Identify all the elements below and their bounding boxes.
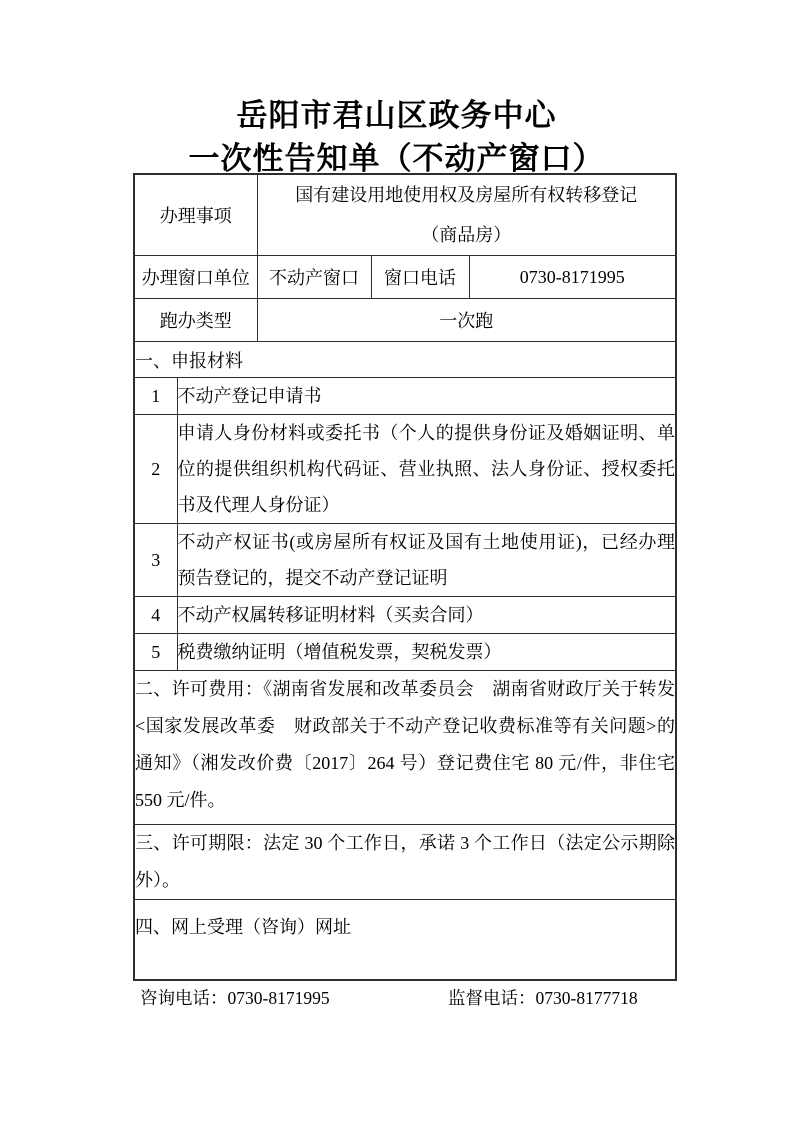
material-row: 5 税费缴纳证明（增值税发票，契税发票） bbox=[134, 634, 676, 671]
handling-item-label: 办理事项 bbox=[134, 174, 257, 256]
material-row: 3 不动产权证书(或房屋所有权证及国有土地使用证)，已经办理预告登记的，提交不动… bbox=[134, 524, 676, 597]
window-phone-label: 窗口电话 bbox=[371, 256, 469, 299]
handling-item-value-line-2: （商品房） bbox=[258, 215, 676, 255]
material-text: 不动产登记申请书 bbox=[177, 378, 676, 415]
material-text: 不动产权属转移证明材料（买卖合同） bbox=[177, 597, 676, 634]
material-row: 4 不动产权属转移证明材料（买卖合同） bbox=[134, 597, 676, 634]
materials-section-header-row: 一、申报材料 bbox=[134, 342, 676, 378]
material-row: 2 申请人身份材料或委托书（个人的提供身份证及婚姻证明、单位的提供组织机构代码证… bbox=[134, 415, 676, 524]
fee-section-row: 二、许可费用：《湖南省发展和改革委员会 湖南省财政厅关于转发<国家发展改革委 财… bbox=[134, 671, 676, 825]
deadline-section-text: 三、许可期限：法定 30 个工作日，承诺 3 个工作日（法定公示期除外）。 bbox=[134, 825, 676, 900]
material-text: 税费缴纳证明（增值税发票，契税发票） bbox=[177, 634, 676, 671]
fee-section-text: 二、许可费用：《湖南省发展和改革委员会 湖南省财政厅关于转发<国家发展改革委 财… bbox=[134, 671, 676, 825]
material-text: 申请人身份材料或委托书（个人的提供身份证及婚姻证明、单位的提供组织机构代码证、营… bbox=[177, 415, 676, 524]
run-type-label: 跑办类型 bbox=[134, 299, 257, 342]
page-title-line-1: 岳阳市君山区政务中心 bbox=[0, 94, 793, 137]
window-unit-label: 办理窗口单位 bbox=[134, 256, 257, 299]
footer-consult-phone: 咨询电话：0730-8171995 bbox=[140, 985, 330, 1010]
handling-item-value: 国有建设用地使用权及房屋所有权转移登记 （商品房） bbox=[257, 174, 676, 256]
run-type-value: 一次跑 bbox=[257, 299, 676, 342]
material-row: 1 不动产登记申请书 bbox=[134, 378, 676, 415]
window-unit-row: 办理窗口单位 不动产窗口 窗口电话 0730-8171995 bbox=[134, 256, 676, 299]
handling-item-row: 办理事项 国有建设用地使用权及房屋所有权转移登记 （商品房） bbox=[134, 174, 676, 256]
material-no: 1 bbox=[134, 378, 177, 415]
online-section-text: 四、网上受理（咨询）网址 bbox=[134, 900, 676, 980]
consult-phone-value: 0730-8171995 bbox=[228, 988, 330, 1008]
footer-supervise-phone: 监督电话：0730-8177718 bbox=[448, 985, 638, 1010]
material-no: 5 bbox=[134, 634, 177, 671]
material-no: 2 bbox=[134, 415, 177, 524]
page-title: 岳阳市君山区政务中心 一次性告知单（不动产窗口） bbox=[0, 94, 793, 180]
document-page: 岳阳市君山区政务中心 一次性告知单（不动产窗口） 办理事项 国有建设用地使用权及… bbox=[0, 0, 793, 1122]
supervise-phone-label: 监督电话： bbox=[448, 988, 536, 1008]
material-no: 4 bbox=[134, 597, 177, 634]
deadline-section-row: 三、许可期限：法定 30 个工作日，承诺 3 个工作日（法定公示期除外）。 bbox=[134, 825, 676, 900]
window-unit-value: 不动产窗口 bbox=[257, 256, 371, 299]
materials-section-title: 一、申报材料 bbox=[134, 342, 676, 378]
consult-phone-label: 咨询电话： bbox=[140, 988, 228, 1008]
run-type-row: 跑办类型 一次跑 bbox=[134, 299, 676, 342]
handling-item-value-line-1: 国有建设用地使用权及房屋所有权转移登记 bbox=[258, 175, 676, 215]
window-phone-value: 0730-8171995 bbox=[469, 256, 676, 299]
supervise-phone-value: 0730-8177718 bbox=[536, 988, 638, 1008]
notice-table: 办理事项 国有建设用地使用权及房屋所有权转移登记 （商品房） 办理窗口单位 不动… bbox=[133, 173, 677, 981]
online-section-row: 四、网上受理（咨询）网址 bbox=[134, 900, 676, 980]
material-no: 3 bbox=[134, 524, 177, 597]
material-text: 不动产权证书(或房屋所有权证及国有土地使用证)，已经办理预告登记的，提交不动产登… bbox=[177, 524, 676, 597]
